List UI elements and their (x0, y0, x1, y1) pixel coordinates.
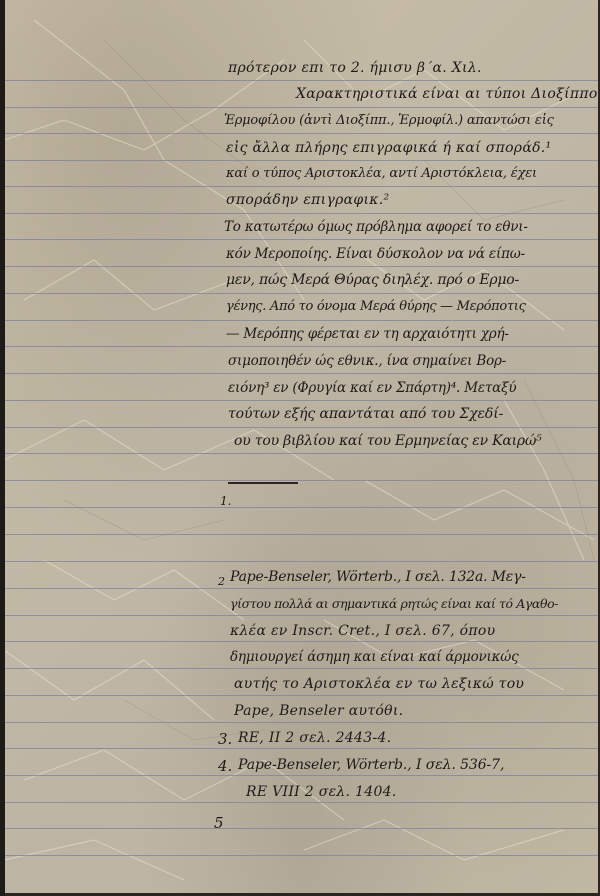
footnote-marker-1: 1. (220, 494, 231, 508)
footnote-marker-2: 2 (218, 575, 225, 588)
ruled-line (4, 213, 598, 214)
body-line: Χαρακτηριστικά είναι αι τύποι Διοξίππου (296, 86, 598, 102)
body-line: Ἑρμοφίλου (ἀντὶ Διοξίππ., Ἑρμοφίλ.) απαν… (224, 113, 554, 128)
body-line: εἰς ἄλλα πλήρης επιγραφικά ή καί σποράδ.… (226, 140, 551, 156)
ruled-line (4, 668, 598, 669)
ruled-line (4, 507, 598, 508)
ruled-line (4, 695, 598, 696)
footnote-separator (228, 482, 298, 484)
footnote-line: Pape, Benseler αυτόθι. (234, 703, 403, 719)
footnote-line: RE VIII 2 σελ. 1404. (246, 784, 397, 800)
body-line: πρότερον επι το 2. ήμισυ β΄α. Χιλ. (228, 60, 482, 76)
ruled-line (4, 748, 598, 749)
ruled-line (4, 346, 598, 347)
ruled-line (4, 828, 598, 829)
ruled-line (4, 453, 598, 454)
ruled-line (4, 722, 598, 723)
ruled-line (4, 320, 598, 321)
ruled-line (4, 588, 598, 589)
body-line: Το κατωτέρω όμως πρόβλημα αφορεί το εθνι… (224, 219, 528, 235)
ruled-line (4, 534, 598, 535)
body-line: καί ο τύπος Αριστοκλέα, αντί Αριστόκλεια… (226, 166, 537, 181)
ruled-line (4, 561, 598, 562)
ruled-line (4, 641, 598, 642)
ruled-line (4, 293, 598, 294)
ruled-line (4, 186, 598, 187)
ruled-line (4, 400, 598, 401)
footnote-line: κλέα εν Inscr. Cret., I σελ. 67, όπου (230, 623, 495, 639)
ruled-line (4, 855, 598, 856)
footnote-line: αυτής το Αριστοκλέα εν τω λεξικώ του (234, 676, 524, 692)
footnote-marker-5: 5 (214, 814, 224, 832)
ruled-line (4, 160, 598, 161)
ruled-line (4, 802, 598, 803)
footnote-marker-4: 4. (218, 757, 232, 775)
footnote-line: δημιουργεί άσημη και είναι καί άρμονικώς (230, 649, 518, 665)
ruled-line (4, 266, 598, 267)
footnote-line: Pape-Benseler, Wörterb., I σελ. 132a. Με… (230, 569, 526, 585)
body-line: σιμοποιηθέν ώς εθνικ., ίνα σημαίνει Βορ- (228, 353, 506, 369)
footnote-line: Pape-Benseler, Wörterb., I σελ. 536-7, (238, 757, 504, 773)
ruled-line (4, 480, 598, 481)
body-line: τούτων εξής απαντάται από του Σχεδί- (228, 406, 503, 422)
ruled-line (4, 133, 598, 134)
manuscript-page: πρότερον επι το 2. ήμισυ β΄α. Χιλ. Χαρακ… (4, 0, 598, 893)
ruled-line (4, 615, 598, 616)
footnote-line: RE, II 2 σελ. 2443-4. (238, 730, 391, 746)
ruled-line (4, 80, 598, 81)
body-line: γένης. Από το όνομα Μερά θύρης — Μερόποτ… (226, 299, 526, 314)
scan-edge (0, 0, 5, 896)
ruled-line (4, 107, 598, 108)
body-line: ου του βιβλίου καί του Ερμηνείας εν Καιρ… (234, 433, 542, 449)
body-line: — Μερόπης φέρεται εν τη αρχαιότητι χρή- (226, 326, 509, 342)
body-line: μεν, πώς Μερά Θύρας διηλέχ. πρό ο Ερμο- (226, 272, 519, 288)
ruled-line (4, 239, 598, 240)
footnote-line: γίστου πολλά αι σημαντικά ρητώς είναι κα… (230, 596, 558, 611)
footnote-marker-3: 3. (218, 730, 232, 748)
body-line: κόν Μεροποίης. Είναι δύσκολον να νά είπω… (226, 246, 525, 262)
body-line: ειόνη³ εν (Φρυγία καί εν Σπάρτη)⁴. Μεταξ… (228, 380, 516, 396)
ruled-line (4, 373, 598, 374)
ruled-line (4, 775, 598, 776)
ruled-line (4, 427, 598, 428)
body-line: σποράδην επιγραφικ.² (226, 192, 389, 208)
